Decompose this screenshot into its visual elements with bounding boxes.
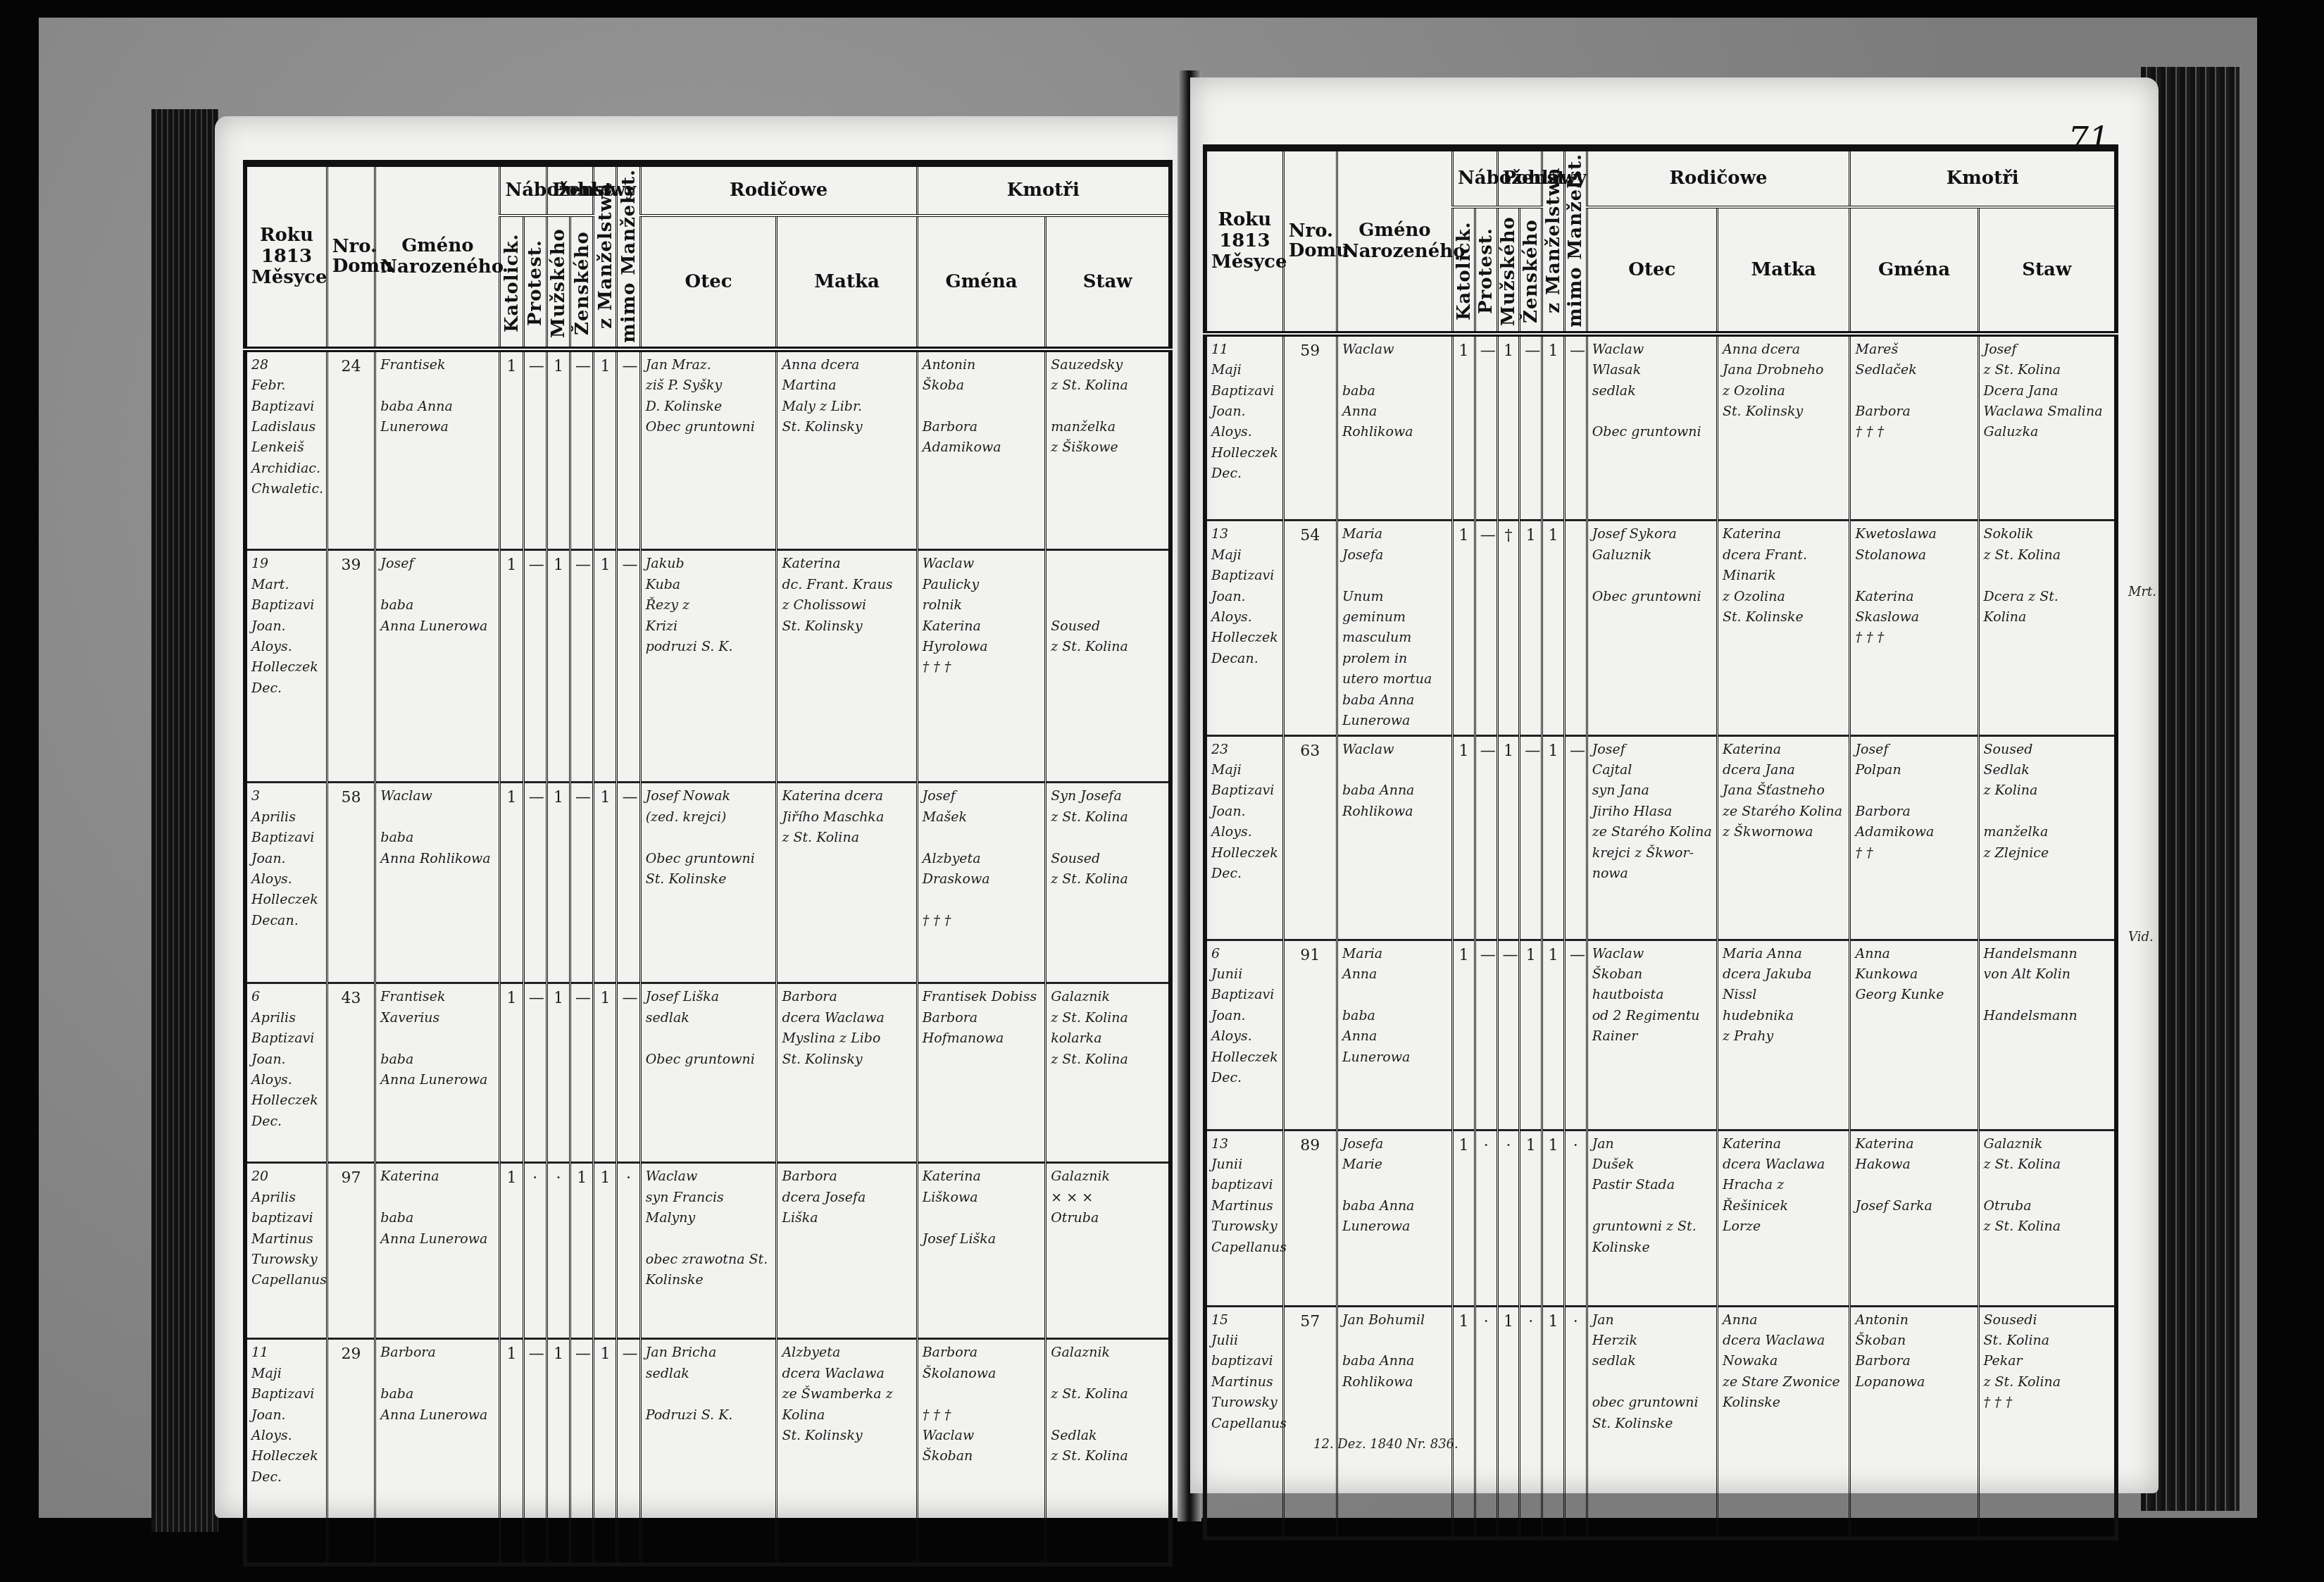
register-row: 6 Junii Baptizavi Joan. Aloys. Holleczek… (1205, 940, 2116, 1130)
protestant-mark: · (1475, 1306, 1497, 1538)
header-name: Gméno Narozeného (375, 163, 500, 349)
child-name: Josefa Marie baba Anna Lunerowa (1337, 1130, 1452, 1306)
illegitimate-mark: — (617, 983, 640, 1163)
header-illegitimate: mimo Manželst. (1564, 148, 1587, 334)
male-mark: 1 (546, 783, 570, 983)
father-entry: Waclaw Škoban hautboista od 2 Regimentu … (1587, 940, 1717, 1130)
catholic-mark: 1 (1453, 1306, 1475, 1538)
legitimate-mark: 1 (594, 550, 617, 783)
header-father: Otec (640, 216, 777, 349)
godparent-names: Barbora Školanowa † † † Waclaw Škoban (917, 1339, 1046, 1564)
child-name: Maria Anna baba Anna Lunerowa (1337, 940, 1452, 1130)
male-mark: † (1497, 521, 1520, 735)
godparent-status: Sokolik z St. Kolina Dcera z St. Kolina (1978, 521, 2116, 735)
left-page: Roku 1813 Měsyce Nro. Domu Gméno Narozen… (215, 116, 1190, 1518)
child-name: Katerina baba Anna Lunerowa (375, 1163, 500, 1339)
illegitimate-mark: · (1564, 1130, 1587, 1306)
godparent-names: Katerina Hakowa Josef Sarka (1850, 1130, 1978, 1306)
mother-entry: Katerina dcera Waclawa Hracha z Řešinice… (1717, 1130, 1849, 1306)
house-number: 63 (1283, 735, 1337, 940)
header-year-month: Roku 1813 Měsyce (245, 163, 327, 349)
header-parents: Rodičowe (1587, 148, 1850, 207)
protestant-mark: — (1475, 334, 1497, 521)
father-entry: Waclaw syn Francis Malyny obec zrawotna … (640, 1163, 777, 1339)
header-female: Ženského (570, 216, 594, 349)
entry-date: 15 Julii baptizavi Martinus Turowsky Cap… (1205, 1306, 1283, 1538)
legitimate-mark: 1 (1542, 1306, 1565, 1538)
entry-date: 11 Maji Baptizavi Joan. Aloys. Holleczek… (245, 1339, 327, 1564)
male-mark: 1 (546, 349, 570, 550)
mother-entry: Katerina dcera Frant. Minarik z Ozolina … (1717, 521, 1849, 735)
entry-date: 28 Febr. Baptizavi Ladislaus Lenkeiš Arc… (245, 349, 327, 550)
male-mark: 1 (546, 983, 570, 1163)
house-number: 29 (327, 1339, 375, 1564)
header-mother: Matka (777, 216, 917, 349)
catholic-mark: 1 (500, 1163, 523, 1339)
legitimate-mark: 1 (594, 1339, 617, 1564)
child-name: Frantisek baba Anna Lunerowa (375, 349, 500, 550)
illegitimate-mark (1564, 521, 1587, 735)
godparent-status: Soused Sedlak z Kolina manželka z Zlejni… (1978, 735, 2116, 940)
header-sex: Pohlawy (1497, 148, 1542, 207)
house-number: 43 (327, 983, 375, 1163)
house-number: 91 (1283, 940, 1337, 1130)
register-row: 13 Junii baptizavi Martinus Turowsky Cap… (1205, 1130, 2116, 1306)
entry-date: 6 Aprilis Baptizavi Joan. Aloys. Hollecz… (245, 983, 327, 1163)
register-row: 23 Maji Baptizavi Joan. Aloys. Holleczek… (1205, 735, 2116, 940)
margin-note: Mrt. (2128, 585, 2156, 599)
female-mark: 1 (1520, 521, 1542, 735)
illegitimate-mark: · (617, 1163, 640, 1339)
house-number: 89 (1283, 1130, 1337, 1306)
female-mark: 1 (570, 1163, 594, 1339)
father-entry: Jan Mraz. ziš P. Syšky D. Kolinske Obec … (640, 349, 777, 550)
house-number: 59 (1283, 334, 1337, 521)
legitimate-mark: 1 (1542, 735, 1565, 940)
illegitimate-mark: — (1564, 735, 1587, 940)
illegitimate-mark: — (1564, 940, 1587, 1130)
header-godparents: Kmotři (1850, 148, 2116, 207)
register-row: 20 Aprilis baptizavi Martinus Turowsky C… (245, 1163, 1170, 1339)
mother-entry: Barbora dcera Josefa Liška (777, 1163, 917, 1339)
male-mark: 1 (1497, 334, 1520, 521)
header-sex: Pohlawy (546, 163, 593, 216)
header-protestant: Protest. (1475, 207, 1497, 334)
child-name: Maria Josefa Unum geminum masculum prole… (1337, 521, 1452, 735)
illegitimate-mark: · (1564, 1306, 1587, 1538)
legitimate-mark: 1 (594, 1163, 617, 1339)
female-mark: · (1520, 1306, 1542, 1538)
register-row: 6 Aprilis Baptizavi Joan. Aloys. Hollecz… (245, 983, 1170, 1163)
header-house-no: Nro. Domu (327, 163, 375, 349)
illegitimate-mark: — (617, 783, 640, 983)
godparent-names: Antonin Škoban Barbora Lopanowa (1850, 1306, 1978, 1538)
legitimate-mark: 1 (1542, 940, 1565, 1130)
male-mark: · (1497, 1130, 1520, 1306)
female-mark: — (570, 783, 594, 983)
female-mark: — (570, 1339, 594, 1564)
entry-date: 13 Junii baptizavi Martinus Turowsky Cap… (1205, 1130, 1283, 1306)
protestant-mark: — (523, 983, 546, 1163)
register-table-right: Roku 1813 Měsyce Nro. Domu Gméno Narozen… (1203, 144, 2118, 1540)
mother-entry: Katerina dcera Jana Jana Šťastneho ze St… (1717, 735, 1849, 940)
female-mark: 1 (1520, 1130, 1542, 1306)
male-mark: · (546, 1163, 570, 1339)
child-name: Waclaw baba Anna Rohlikowa (375, 783, 500, 983)
register-row: 11 Maji Baptizavi Joan. Aloys. Holleczek… (1205, 334, 2116, 521)
female-mark: — (1520, 735, 1542, 940)
entry-date: 13 Maji Baptizavi Joan. Aloys. Holleczek… (1205, 521, 1283, 735)
father-entry: Josef Sykora Galuznik Obec gruntowni (1587, 521, 1717, 735)
father-entry: Jan Dušek Pastir Stada gruntowni z St. K… (1587, 1130, 1717, 1306)
godparent-status: Soused z St. Kolina (1046, 550, 1170, 783)
illegitimate-mark: — (617, 349, 640, 550)
illegitimate-mark: — (617, 550, 640, 783)
father-entry: Jakub Kuba Řezy z Krizi podruzi S. K. (640, 550, 777, 783)
father-entry: Josef Liška sedlak Obec gruntowni (640, 983, 777, 1163)
godparent-status: Galaznik × × × Otruba (1046, 1163, 1170, 1339)
header-male: Mužského (1497, 207, 1520, 334)
house-number: 24 (327, 349, 375, 550)
mother-entry: Anna dcera Jana Drobneho z Ozolina St. K… (1717, 334, 1849, 521)
protestant-mark: · (1475, 1130, 1497, 1306)
header-godparent-names: Gména (917, 216, 1046, 349)
mother-entry: Anna dcera Waclawa Nowaka ze Stare Zwoni… (1717, 1306, 1849, 1538)
legitimate-mark: 1 (594, 783, 617, 983)
house-number: 39 (327, 550, 375, 783)
male-mark: 1 (1497, 735, 1520, 940)
register-table-left: Roku 1813 Měsyce Nro. Domu Gméno Narozen… (243, 160, 1173, 1567)
margin-note: Vid. (2128, 930, 2154, 945)
house-number: 58 (327, 783, 375, 983)
header-house-no: Nro. Domu (1283, 148, 1337, 334)
catholic-mark: 1 (500, 783, 523, 983)
godparent-status: Galaznik z St. Kolina Otruba z St. Kolin… (1978, 1130, 2116, 1306)
header-legitimate: z Manželstwa (594, 163, 617, 349)
header-male: Mužského (546, 216, 570, 349)
godparent-names: Kwetoslawa Stolanowa Katerina Skaslowa †… (1850, 521, 1978, 735)
protestant-mark: — (523, 783, 546, 983)
male-mark: 1 (1497, 1306, 1520, 1538)
protestant-mark: — (523, 349, 546, 550)
catholic-mark: 1 (500, 983, 523, 1163)
header-godparent-names: Gména (1850, 207, 1978, 334)
register-row: 19 Mart. Baptizavi Joan. Aloys. Hollecze… (245, 550, 1170, 783)
child-name: Jan Bohumil baba Anna Rohlikowa (1337, 1306, 1452, 1538)
entry-date: 11 Maji Baptizavi Joan. Aloys. Holleczek… (1205, 334, 1283, 521)
father-entry: Waclaw Wlasak sedlak Obec gruntowni (1587, 334, 1717, 521)
catholic-mark: 1 (1453, 334, 1475, 521)
illegitimate-mark: — (1564, 334, 1587, 521)
godparent-names: Josef Polpan Barbora Adamikowa † † (1850, 735, 1978, 940)
father-entry: Jan Herzik sedlak obec gruntowni St. Kol… (1587, 1306, 1717, 1538)
godparent-status: Sousedi St. Kolina Pekar z St. Kolina † … (1978, 1306, 2116, 1538)
entry-date: 6 Junii Baptizavi Joan. Aloys. Holleczek… (1205, 940, 1283, 1130)
mother-entry: Barbora dcera Waclawa Myslina z Libo St.… (777, 983, 917, 1163)
header-catholic: Katolick. (500, 216, 523, 349)
header-illegitimate: mimo Manželst. (617, 163, 640, 349)
godparent-status: Josef z St. Kolina Dcera Jana Waclawa Sm… (1978, 334, 2116, 521)
header-religion: Náboženst. (500, 163, 546, 216)
female-mark: — (570, 983, 594, 1163)
entry-date: 19 Mart. Baptizavi Joan. Aloys. Hollecze… (245, 550, 327, 783)
entry-date: 23 Maji Baptizavi Joan. Aloys. Holleczek… (1205, 735, 1283, 940)
father-entry: Josef Cajtal syn Jana Jiriho Hlasa ze St… (1587, 735, 1717, 940)
register-row: 28 Febr. Baptizavi Ladislaus Lenkeiš Arc… (245, 349, 1170, 550)
catholic-mark: 1 (1453, 1130, 1475, 1306)
catholic-mark: 1 (500, 1339, 523, 1564)
catholic-mark: 1 (1453, 735, 1475, 940)
godparent-status: Galaznik z St. Kolina Sedlak z St. Kolin… (1046, 1339, 1170, 1564)
godparent-status: Sauzedsky z St. Kolina manželka z Šiškow… (1046, 349, 1170, 550)
header-godparents: Kmotři (917, 163, 1170, 216)
godparent-status: Syn Josefa z St. Kolina Soused z St. Kol… (1046, 783, 1170, 983)
header-godparent-status: Staw (1046, 216, 1170, 349)
godparent-status: Galaznik z St. Kolina kolarka z St. Koli… (1046, 983, 1170, 1163)
header-father: Otec (1587, 207, 1717, 334)
right-page: 71. Roku 1813 Měsyce Nro. Domu Gméno Nar… (1190, 77, 2159, 1493)
godparent-names: Josef Mašek Alzbyeta Draskowa † † † (917, 783, 1046, 983)
register-row: 13 Maji Baptizavi Joan. Aloys. Holleczek… (1205, 521, 2116, 735)
child-name: Josef baba Anna Lunerowa (375, 550, 500, 783)
child-name: Barbora baba Anna Lunerowa (375, 1339, 500, 1564)
entry-date: 20 Aprilis baptizavi Martinus Turowsky C… (245, 1163, 327, 1339)
godparent-status: Handelsmann von Alt Kolin Handelsmann (1978, 940, 2116, 1130)
house-number: 97 (327, 1163, 375, 1339)
legitimate-mark: 1 (594, 349, 617, 550)
female-mark: — (1520, 334, 1542, 521)
mother-entry: Katerina dc. Frant. Kraus z Cholissowi S… (777, 550, 917, 783)
register-row: 3 Aprilis Baptizavi Joan. Aloys. Hollecz… (245, 783, 1170, 983)
catholic-mark: 1 (1453, 940, 1475, 1130)
header-year-month: Roku 1813 Měsyce (1205, 148, 1283, 334)
father-entry: Jan Bricha sedlak Podruzi S. K. (640, 1339, 777, 1564)
male-mark: 1 (546, 550, 570, 783)
header-parents: Rodičowe (640, 163, 917, 216)
mother-entry: Maria Anna dcera Jakuba Nissl hudebnika … (1717, 940, 1849, 1130)
protestant-mark: — (523, 1339, 546, 1564)
entry-date: 3 Aprilis Baptizavi Joan. Aloys. Hollecz… (245, 783, 327, 983)
male-mark: 1 (546, 1339, 570, 1564)
child-name: Frantisek Xaverius baba Anna Lunerowa (375, 983, 500, 1163)
house-number: 54 (1283, 521, 1337, 735)
legitimate-mark: 1 (594, 983, 617, 1163)
catholic-mark: 1 (500, 550, 523, 783)
header-religion: Náboženst. (1453, 148, 1498, 207)
catholic-mark: 1 (500, 349, 523, 550)
female-mark: — (570, 550, 594, 783)
catholic-mark: 1 (1453, 521, 1475, 735)
protestant-mark: — (1475, 940, 1497, 1130)
godparent-names: Anna Kunkowa Georg Kunke (1850, 940, 1978, 1130)
header-female: Ženského (1520, 207, 1542, 334)
header-protestant: Protest. (523, 216, 546, 349)
register-row: 11 Maji Baptizavi Joan. Aloys. Holleczek… (245, 1339, 1170, 1564)
godparent-names: Katerina Liškowa Josef Liška (917, 1163, 1046, 1339)
header-godparent-status: Staw (1978, 207, 2116, 334)
protestant-mark: — (523, 550, 546, 783)
legitimate-mark: 1 (1542, 1130, 1565, 1306)
house-number: 57 (1283, 1306, 1337, 1538)
father-entry: Josef Nowak (zed. krejci) Obec gruntowni… (640, 783, 777, 983)
female-mark: — (570, 349, 594, 550)
mother-entry: Katerina dcera Jiřího Maschka z St. Koli… (777, 783, 917, 983)
register-row: 15 Julii baptizavi Martinus Turowsky Cap… (1205, 1306, 2116, 1538)
header-name: Gméno Narozeného (1337, 148, 1452, 334)
child-name: Waclaw baba Anna Rohlikowa (1337, 334, 1452, 521)
left-page-edges (151, 109, 218, 1532)
header-legitimate: z Manželstwa (1542, 148, 1565, 334)
header-catholic: Katolick. (1453, 207, 1475, 334)
protestant-mark: — (1475, 735, 1497, 940)
legitimate-mark: 1 (1542, 334, 1565, 521)
protestant-mark: — (1475, 521, 1497, 735)
illegitimate-mark: — (617, 1339, 640, 1564)
godparent-names: Mareš Sedlaček Barbora † † † (1850, 334, 1978, 521)
child-name: Waclaw baba Anna Rohlikowa (1337, 735, 1452, 940)
godparent-names: Frantisek Dobiss Barbora Hofmanowa (917, 983, 1046, 1163)
mother-entry: Anna dcera Martina Maly z Libr. St. Koli… (777, 349, 917, 550)
header-mother: Matka (1717, 207, 1849, 334)
protestant-mark: · (523, 1163, 546, 1339)
female-mark: 1 (1520, 940, 1542, 1130)
godparent-names: Antonin Škoba Barbora Adamikowa (917, 349, 1046, 550)
mother-entry: Alzbyeta dcera Waclawa ze Šwamberka z Ko… (777, 1339, 917, 1564)
godparent-names: Waclaw Paulicky rolnik Katerina Hyrolowa… (917, 550, 1046, 783)
legitimate-mark: 1 (1542, 521, 1565, 735)
register-footnote: 12. Dez. 1840 Nr. 836. (1313, 1437, 1458, 1452)
male-mark: — (1497, 940, 1520, 1130)
